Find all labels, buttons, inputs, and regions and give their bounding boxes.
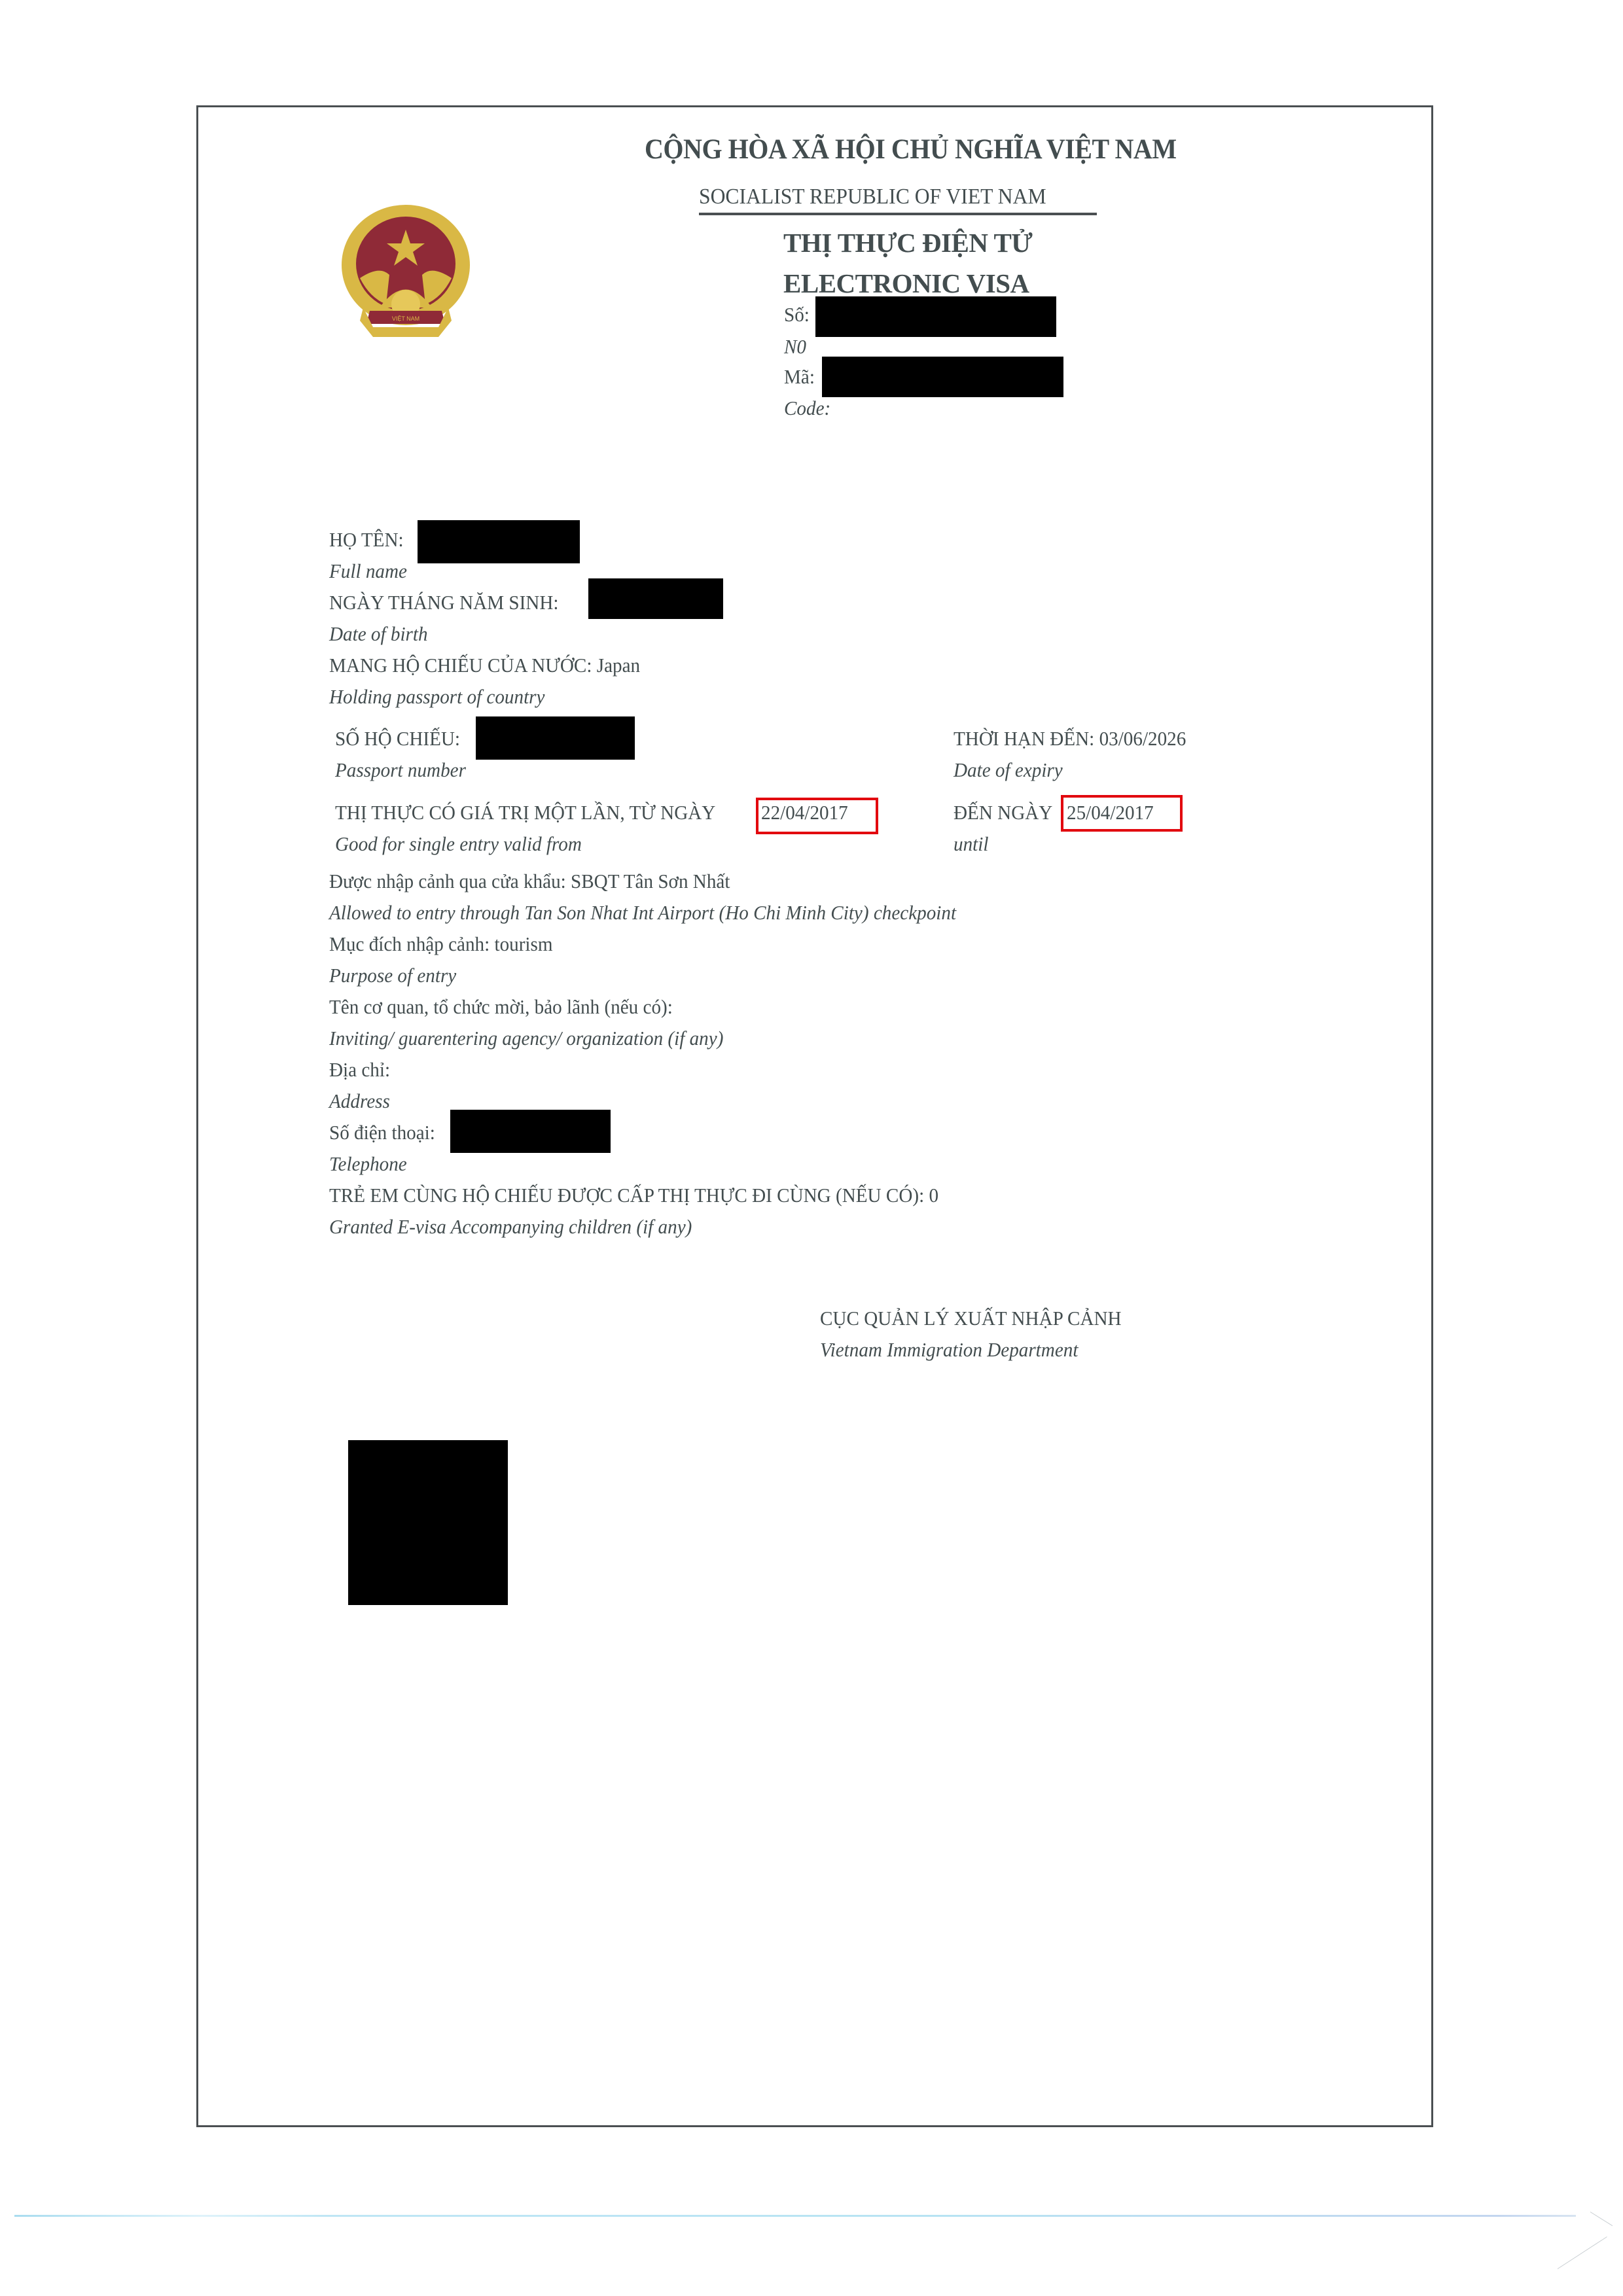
address-label: Địa chỉ: [329, 1058, 390, 1082]
redacted-telephone [450, 1110, 611, 1153]
redacted-dob [588, 578, 723, 619]
valid-from-label-en: Good for single entry valid from [335, 832, 582, 856]
highlight-box-valid-from [756, 798, 878, 834]
valid-from-label: THỊ THỰC CÓ GIÁ TRỊ MỘT LẦN, TỪ NGÀY [335, 801, 715, 824]
sponsor-label: Tên cơ quan, tổ chức mời, bảo lãnh (nếu … [329, 995, 673, 1019]
svg-text:VIỆT NAM: VIỆT NAM [392, 315, 419, 322]
passport-expiry-value: 03/06/2026 [1099, 727, 1186, 750]
telephone-label: Số điện thoại: [329, 1121, 435, 1144]
telephone-label-en: Telephone [329, 1152, 407, 1176]
port-of-entry-label-en: Allowed to entry through Tan Son Nhat In… [329, 901, 956, 925]
header-underline [699, 213, 1097, 215]
purpose-row: Mục đích nhập cảnh: tourism [329, 932, 553, 956]
country-name-vi: CỘNG HÒA XÃ HỘI CHỦ NGHĨA VIỆT NAM [645, 133, 1177, 166]
visa-title-vi: THỊ THỰC ĐIỆN TỬ [783, 227, 1032, 258]
issuer-name-en: Vietnam Immigration Department [820, 1338, 1078, 1362]
children-label: TRẺ EM CÙNG HỘ CHIẾU ĐƯỢC CẤP THỊ THỰC Đ… [329, 1184, 924, 1207]
dob-label-en: Date of birth [329, 622, 428, 646]
scan-artifact [1590, 2212, 1613, 2226]
sponsor-label-en: Inviting/ guarentering agency/ organizat… [329, 1027, 723, 1050]
address-label-en: Address [329, 1089, 390, 1113]
children-label-en: Granted E-visa Accompanying children (if… [329, 1215, 692, 1239]
country-name-en: SOCIALIST REPUBLIC OF VIET NAM [699, 185, 1046, 209]
dob-label: NGÀY THÁNG NĂM SINH: [329, 591, 559, 614]
nationality-label: MANG HỘ CHIẾU CỦA NƯỚC: [329, 654, 592, 677]
port-of-entry-label: Được nhập cảnh qua cửa khẩu: [329, 870, 566, 892]
redacted-qr-code [348, 1440, 508, 1605]
highlight-box-valid-until [1061, 795, 1183, 832]
redacted-full-name [418, 520, 580, 563]
number-label-en: N0 [784, 335, 806, 359]
passport-expiry-label: THỜI HẠN ĐẾN: [954, 727, 1094, 750]
nationality-value: Japan [597, 654, 640, 677]
port-of-entry-value: SBQT Tân Sơn Nhất [571, 870, 730, 892]
port-of-entry-row: Được nhập cảnh qua cửa khẩu: SBQT Tân Sơ… [329, 870, 730, 893]
redacted-passport-number [476, 716, 635, 760]
purpose-value: tourism [494, 932, 552, 955]
code-label-vi: Mã: [784, 365, 815, 389]
nationality-label-en: Holding passport of country [329, 685, 544, 709]
vietnam-emblem-icon: VIỆT NAM [334, 200, 478, 340]
redacted-visa-number [815, 296, 1056, 337]
passport-number-label-en: Passport number [335, 758, 466, 782]
children-row: TRẺ EM CÙNG HỘ CHIẾU ĐƯỢC CẤP THỊ THỰC Đ… [329, 1184, 938, 1207]
children-value: 0 [929, 1184, 938, 1207]
valid-until-label-en: until [954, 832, 988, 856]
purpose-label: Mục đích nhập cảnh: [329, 932, 490, 955]
redacted-visa-code [822, 357, 1063, 397]
full-name-label-en: Full name [329, 559, 407, 583]
passport-number-label: SỐ HỘ CHIẾU: [335, 727, 460, 751]
nationality-row: MANG HỘ CHIẾU CỦA NƯỚC: Japan [329, 654, 640, 677]
valid-until-label: ĐẾN NGÀY [954, 801, 1052, 824]
passport-expiry-row: THỜI HẠN ĐẾN: 03/06/2026 [954, 727, 1186, 751]
code-label-en: Code: [784, 397, 830, 420]
full-name-label: HỌ TÊN: [329, 528, 404, 552]
issuer-name-vi: CỤC QUẢN LÝ XUẤT NHẬP CẢNH [820, 1307, 1122, 1330]
number-label-vi: Số: [784, 303, 810, 327]
purpose-label-en: Purpose of entry [329, 964, 456, 987]
passport-expiry-label-en: Date of expiry [954, 758, 1063, 782]
visa-title-en: ELECTRONIC VISA [783, 268, 1029, 299]
scan-artifact [1558, 2236, 1607, 2269]
scan-edge-line [14, 2215, 1576, 2217]
